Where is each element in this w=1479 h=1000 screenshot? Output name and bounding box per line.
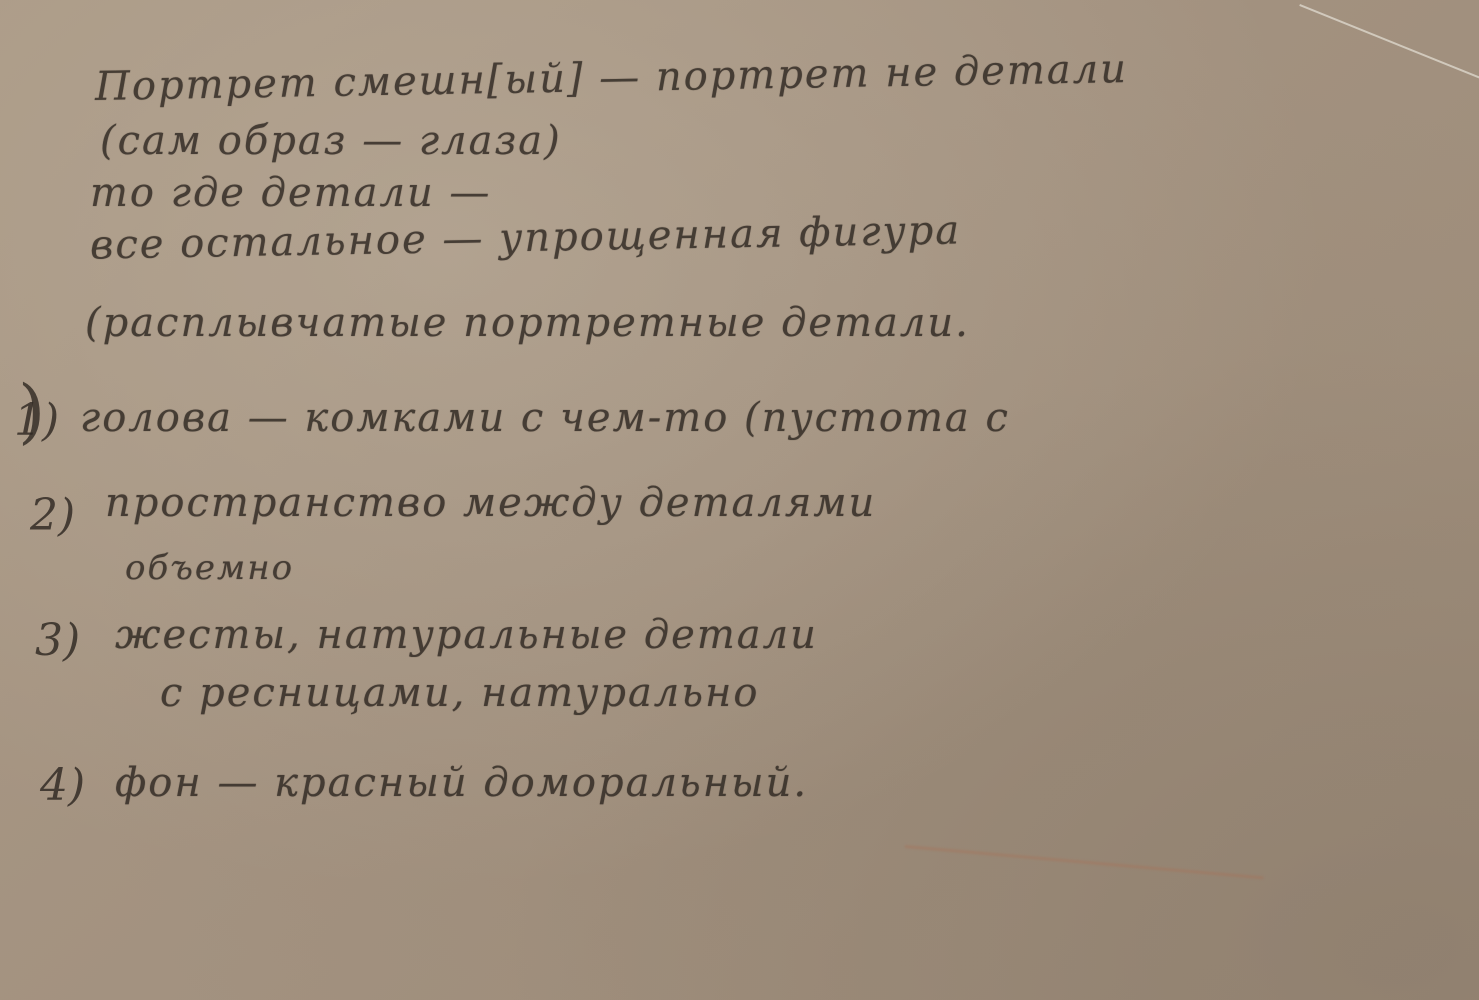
item-3-number: 3) bbox=[35, 615, 80, 666]
item-1-text: голова — комками с чем-то (пустота с bbox=[80, 395, 1010, 441]
item-2-text-line-2: объемно bbox=[125, 548, 294, 588]
item-2-text-line-1: пространство между деталями bbox=[105, 480, 876, 526]
header-line-2: (сам образ — глаза) bbox=[100, 118, 562, 164]
header-line-3: то где детали — bbox=[90, 170, 491, 216]
item-3-text-line-2: с ресницами, натурально bbox=[160, 670, 759, 716]
item-3-text-line-1: жесты, натуральные детали bbox=[115, 612, 818, 658]
header-line-5: (расплывчатые портретные детали. bbox=[85, 300, 970, 346]
item-4-text: фон — красный доморальный. bbox=[115, 760, 808, 806]
item-4-number: 4) bbox=[40, 760, 85, 811]
item-1-number: 1) bbox=[14, 395, 59, 446]
item-2-number: 2) bbox=[30, 490, 75, 541]
